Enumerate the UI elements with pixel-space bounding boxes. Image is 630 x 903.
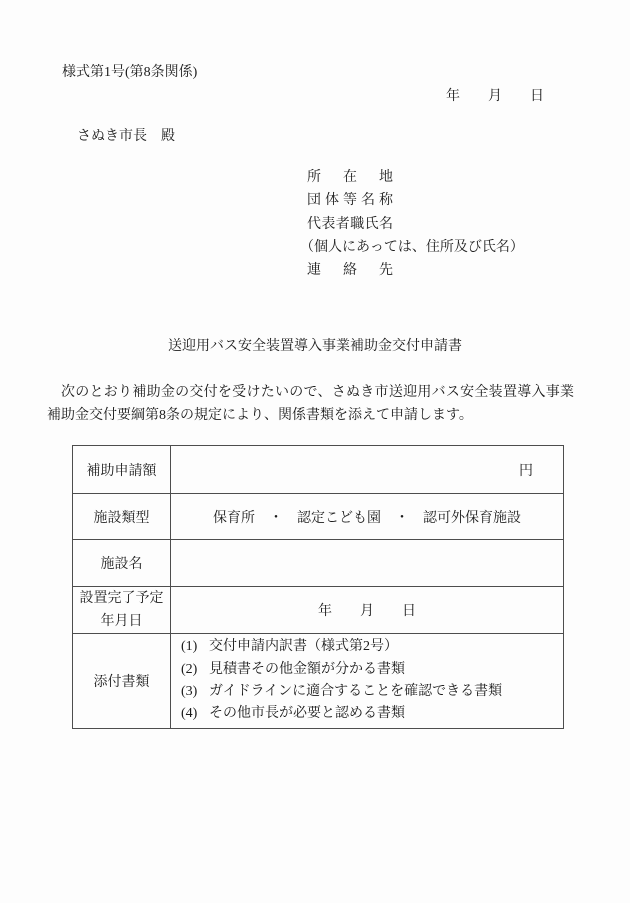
- applicant-representative-label: 代表者職氏名: [307, 213, 393, 236]
- attachment-item-number: (4): [181, 703, 209, 725]
- attachments-list: (1) 交付申請内訳書（様式第2号） (2) 見積書その他金額が分かる書類 (3…: [171, 634, 564, 729]
- application-table: 補助申請額 円 施設類型 保育所 ・ 認定こども園 ・ 認可外保育施設 施設名 …: [72, 445, 564, 729]
- completion-date-value-cell: 年 月 日: [171, 587, 564, 634]
- document-title: 送迎用バス安全装置導入事業補助金交付申請書: [0, 335, 630, 355]
- table-row-attachments: 添付書類 (1) 交付申請内訳書（様式第2号） (2) 見積書その他金額が分かる…: [73, 634, 564, 729]
- form-number: 様式第1号(第8条関係): [62, 61, 197, 81]
- applicant-block: 所在地 団体等名称 代表者職氏名 （個人にあっては、住所及び氏名） 連絡先: [307, 166, 524, 282]
- completion-date-label: 設置完了予定年月日: [73, 587, 171, 634]
- attachment-item: (4) その他市長が必要と認める書類: [181, 703, 563, 725]
- attachments-label: 添付書類: [73, 634, 171, 729]
- attachment-item-text: 交付申請内訳書（様式第2号）: [209, 636, 563, 658]
- table-row-amount: 補助申請額 円: [73, 446, 564, 494]
- application-form-page: 様式第1号(第8条関係) 年 月 日 さぬき市長 殿 所在地 団体等名称 代表者…: [0, 0, 630, 903]
- amount-label: 補助申請額: [73, 446, 171, 494]
- table-row-facility-name: 施設名: [73, 540, 564, 587]
- addressee: さぬき市長 殿: [77, 125, 175, 145]
- applicant-contact-label: 連絡先: [307, 259, 393, 282]
- attachment-item-number: (2): [181, 659, 209, 681]
- facility-name-label: 施設名: [73, 540, 171, 587]
- table-row-completion-date: 設置完了予定年月日 年 月 日: [73, 587, 564, 634]
- table-row-facility-type: 施設類型 保育所 ・ 認定こども園 ・ 認可外保育施設: [73, 494, 564, 540]
- attachment-item-number: (1): [181, 636, 209, 658]
- applicant-individual-note: （個人にあっては、住所及び氏名）: [300, 236, 524, 259]
- applicant-location-label: 所在地: [307, 166, 393, 189]
- amount-value-cell: 円: [171, 446, 564, 494]
- date-line: 年 月 日: [446, 85, 544, 105]
- attachment-item: (2) 見積書その他金額が分かる書類: [181, 659, 563, 681]
- attachment-item-text: その他市長が必要と認める書類: [209, 703, 563, 725]
- attachment-item-text: 見積書その他金額が分かる書類: [209, 659, 563, 681]
- attachment-item: (3) ガイドラインに適合することを確認できる書類: [181, 681, 563, 703]
- applicant-org-name-label: 団体等名称: [307, 189, 393, 212]
- attachment-item: (1) 交付申請内訳書（様式第2号）: [181, 636, 563, 658]
- attachment-item-number: (3): [181, 681, 209, 703]
- facility-type-label: 施設類型: [73, 494, 171, 540]
- facility-name-value-cell: [171, 540, 564, 587]
- completion-date-label-text: 設置完了予定年月日: [79, 587, 165, 633]
- body-paragraph: 次のとおり補助金の交付を受けたいので、さぬき市送迎用バス安全装置導入事業補助金交…: [47, 381, 574, 427]
- facility-type-options: 保育所 ・ 認定こども園 ・ 認可外保育施設: [171, 494, 564, 540]
- attachment-item-text: ガイドラインに適合することを確認できる書類: [209, 681, 563, 703]
